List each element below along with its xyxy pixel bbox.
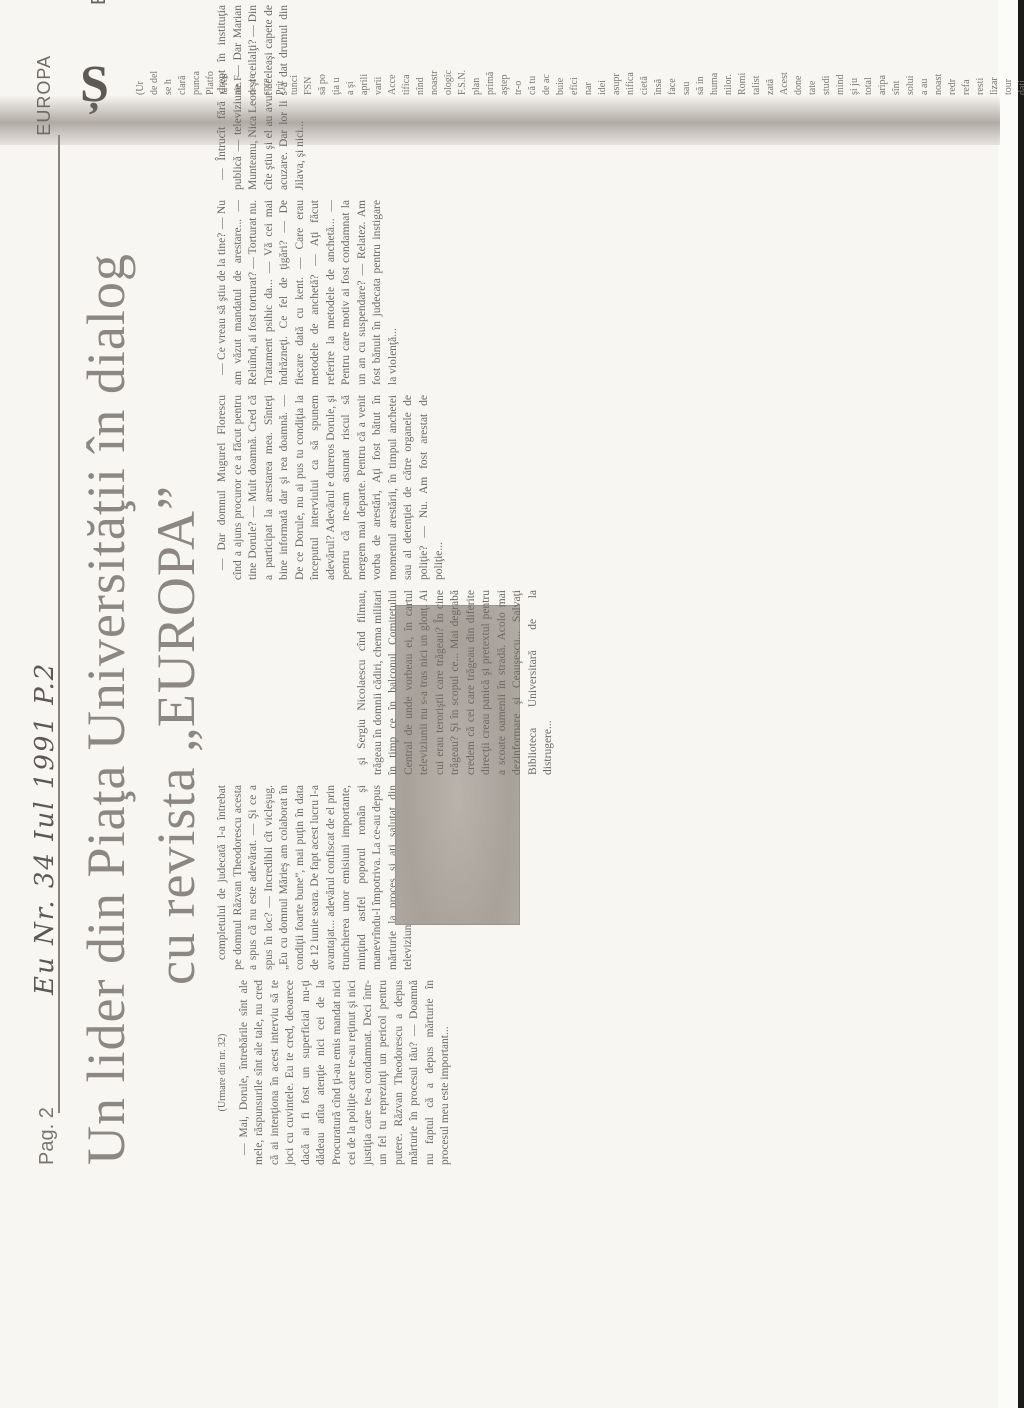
article-column-6: — Întrucît fără drept în instituţia publ… <box>215 5 310 190</box>
page-number: Pag. 2 <box>36 1107 59 1165</box>
header-rule <box>58 135 60 1113</box>
scan-margin <box>998 0 1018 1408</box>
continuation-note: (Urmare din nr. 32) <box>215 980 231 1165</box>
article-column-2: completului de judecată l-a întrebat pe … <box>215 785 419 970</box>
page-header: Pag. 2 Eu Nr. 34 Iul 1991 P.2 EUROPA <box>30 0 70 1175</box>
article-column-1: (Urmare din nr. 32) — Mai, Dorule, între… <box>215 980 456 1165</box>
article-column-5: — Ce vreau să ştiu de la tine? — Nu am v… <box>215 200 403 385</box>
newspaper-page: Pag. 2 Eu Nr. 34 Iul 1991 P.2 EUROPA Un … <box>0 0 990 1185</box>
column-text: — Mai, Dorule, întrebările sînt ale mele… <box>237 980 454 1165</box>
article-column-4: — Dar domnul Mugurel Florescu cînd a aju… <box>215 395 450 580</box>
handwritten-note: Eu Nr. 34 Iul 1991 P.2 <box>30 662 60 995</box>
column-text: — Ce vreau să ştiu de la tine? — Nu am v… <box>215 200 401 385</box>
fragment-word: lizar <box>989 15 1000 95</box>
fragment-word: tour <box>1003 15 1014 95</box>
article-title-line-2: cu revista „EUROPA” <box>145 485 207 985</box>
section-label: EUROPA <box>34 55 55 136</box>
column-text: şi Sergiu Nicolaescu cînd filmau, trăgea… <box>355 590 557 775</box>
fragment-word: dati <box>1017 15 1024 95</box>
article-body: (Urmare din nr. 32) — Mai, Dorule, între… <box>215 5 985 1165</box>
article-column-3: şi Sergiu Nicolaescu cînd filmau, trăgea… <box>355 590 559 775</box>
column-text: — Întrucît fără drept în instituţia publ… <box>215 5 308 190</box>
column-text: — Dar domnul Mugurel Florescu cînd a aju… <box>215 395 448 580</box>
article-title-line-1: Un lider din Piaţa Universităţii în dial… <box>75 253 137 1165</box>
scan-edge <box>1018 0 1024 1408</box>
column-text: completului de judecată l-a întrebat pe … <box>215 785 417 970</box>
